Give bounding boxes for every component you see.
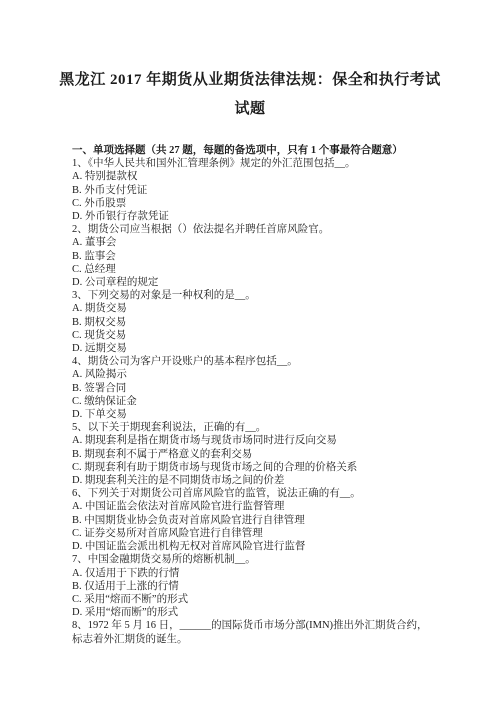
- question-3: 3、下列交易的对象是一种权利的是__。 A. 期货交易 B. 期权交易 C. 现…: [72, 289, 434, 355]
- question-stem: 4、期货公司为客户开设账户的基本程序包括__。: [72, 355, 434, 368]
- question-option: C. 外币股票: [72, 197, 434, 210]
- question-7: 7、中国金融期货交易所的熔断机制__。 A. 仅适用于下跌的行情 B. 仅适用于…: [72, 553, 434, 619]
- question-option: D. 下单交易: [72, 408, 434, 421]
- question-option: D. 公司章程的规定: [72, 276, 434, 289]
- question-option: C. 证券交易所对首席风险官进行自律管理: [72, 527, 434, 540]
- exam-body: 一、单项选择题（共 27 题，每题的备选项中，只有 1 个事最符合题意） 1、《…: [72, 144, 434, 646]
- question-option: C. 总经理: [72, 263, 434, 276]
- question-option: C. 采用“熔而不断”的形式: [72, 593, 434, 606]
- document-title: 黑龙江 2017 年期货从业期货法律法规：保全和执行考试试题: [54, 66, 446, 124]
- question-option: B. 外币支付凭证: [72, 184, 434, 197]
- question-stem: 3、下列交易的对象是一种权利的是__。: [72, 289, 434, 302]
- question-2: 2、期货公司应当根据（）依法提名并聘任首席风险官。 A. 董事会 B. 监事会 …: [72, 223, 434, 289]
- question-option: A. 仅适用于下跌的行情: [72, 567, 434, 580]
- question-option: A. 董事会: [72, 236, 434, 249]
- question-option: A. 风险揭示: [72, 368, 434, 381]
- question-option: D. 中国证监会派出机构无权对首席风险官进行监督: [72, 540, 434, 553]
- question-option: B. 监事会: [72, 250, 434, 263]
- question-6: 6、下列关于对期货公司首席风险官的监管，说法正确的有__。 A. 中国证监会依法…: [72, 487, 434, 553]
- question-option: A. 期现套利是指在期货市场与现货市场同时进行反向交易: [72, 434, 434, 447]
- question-option: C. 缴纳保证金: [72, 395, 434, 408]
- question-stem: 2、期货公司应当根据（）依法提名并聘任首席风险官。: [72, 223, 434, 236]
- question-option: B. 期权交易: [72, 316, 434, 329]
- question-option: A. 期货交易: [72, 302, 434, 315]
- section-header: 一、单项选择题（共 27 题，每题的备选项中，只有 1 个事最符合题意）: [72, 144, 434, 157]
- question-option: B. 仅适用于上涨的行情: [72, 580, 434, 593]
- document-page: 黑龙江 2017 年期货从业期货法律法规：保全和执行考试试题 一、单项选择题（共…: [0, 0, 500, 707]
- question-stem: 7、中国金融期货交易所的熔断机制__。: [72, 553, 434, 566]
- question-stem: 1、《中华人民共和国外汇管理条例》规定的外汇范围包括__。: [72, 157, 434, 170]
- question-4: 4、期货公司为客户开设账户的基本程序包括__。 A. 风险揭示 B. 签署合同 …: [72, 355, 434, 421]
- question-option: D. 外币银行存款凭证: [72, 210, 434, 223]
- question-option: A. 特别提款权: [72, 170, 434, 183]
- question-stem: 6、下列关于对期货公司首席风险官的监管，说法正确的有__。: [72, 487, 434, 500]
- question-5: 5、以下关于期现套利说法，正确的有__。 A. 期现套利是指在期货市场与现货市场…: [72, 421, 434, 487]
- question-1: 1、《中华人民共和国外汇管理条例》规定的外汇范围包括__。 A. 特别提款权 B…: [72, 157, 434, 223]
- question-option: D. 期现套利关注的是不同期货市场之间的价差: [72, 474, 434, 487]
- question-option: D. 远期交易: [72, 342, 434, 355]
- question-option: B. 签署合同: [72, 382, 434, 395]
- question-option: B. 中国期货业协会负责对首席风险官进行自律管理: [72, 514, 434, 527]
- question-8: 8、1972 年 5 月 16 日，______的国际货币市场分部(IMN)推出…: [72, 619, 434, 645]
- question-option: B. 期现套利不属于严格意义的套利交易: [72, 448, 434, 461]
- question-stem: 8、1972 年 5 月 16 日，______的国际货币市场分部(IMN)推出…: [72, 619, 434, 645]
- question-option: A. 中国证监会依法对首席风险官进行监督管理: [72, 500, 434, 513]
- question-stem: 5、以下关于期现套利说法，正确的有__。: [72, 421, 434, 434]
- question-option: D. 采用“熔而断”的形式: [72, 606, 434, 619]
- question-option: C. 现货交易: [72, 329, 434, 342]
- question-option: C. 期现套利有助于期货市场与现货市场之间的合理的价格关系: [72, 461, 434, 474]
